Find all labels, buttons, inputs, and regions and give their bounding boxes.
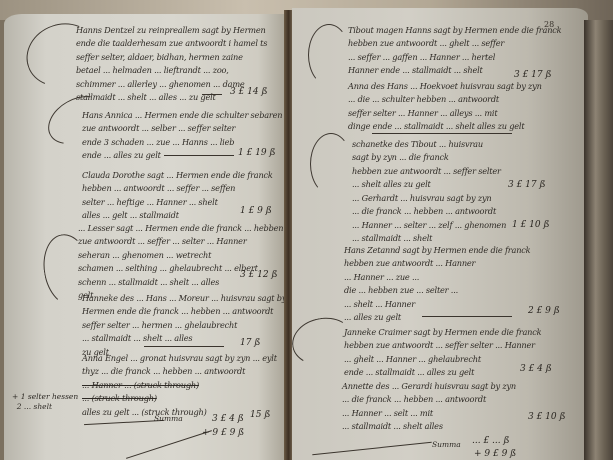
entry-line: ... shelt ... Hanner <box>344 298 530 311</box>
entry-line: ... alles zu gelt <box>344 311 530 324</box>
ledger-entry: Annette des ... Gerardi huisvrau sagt by… <box>342 380 516 434</box>
ledger-entry: Anna Engel ... gronat huisvrau sagt by z… <box>82 352 277 419</box>
ledger-entry: ... Gerhardt ... huisvrau sagt by zyn ..… <box>352 192 506 246</box>
ledger-entry: schanetke des Tibout ... huisvrau sagt b… <box>352 138 501 192</box>
entry-line: ... seffer ... gaffen ... Hanner ... her… <box>348 51 561 64</box>
entry-line: schanetke des Tibout ... huisvrau <box>352 138 501 151</box>
entry-line: hebben zue antwoordt ... seffer selter <box>352 165 501 178</box>
entry-line: Anna Engel ... gronat huisvrau sagt by z… <box>82 352 277 365</box>
entry-sum: 1 £ 9 ß <box>240 206 272 216</box>
entry-line: Tibout magen Hanns sagt by Hermen ende d… <box>348 24 561 37</box>
entry-line: hebben zue antwoordt ... ghelt ... seffe… <box>348 37 561 50</box>
entry-line: ... die franck ... hebben ... antwoordt <box>342 393 516 406</box>
summa-label: Summa <box>154 414 183 424</box>
entry-rule <box>144 346 224 347</box>
summa-value: 3 £ 4 ß <box>212 414 244 424</box>
initial-flourish <box>310 133 352 195</box>
entry-sum: 1 £ 10 ß <box>512 220 550 230</box>
entry-line: ende ... stallmaidt ... alles zu gelt <box>344 366 541 379</box>
summa-value: + 9 £ 9 ß <box>474 449 516 459</box>
entry-sum: 3 £ 10 ß <box>528 412 566 422</box>
ledger-entry: ... Lesser sagt ... Hermen ende die fran… <box>78 222 283 302</box>
entry-sum: 1 £ 19 ß <box>238 148 276 158</box>
entry-line: ... shelt alles zu gelt <box>352 178 501 191</box>
initial-flourish <box>308 24 350 86</box>
entry-line: Annette des ... Gerardi huisvrau sagt by… <box>342 380 516 393</box>
entry-line: hebben zue antwoordt ... seffer selter .… <box>344 339 541 352</box>
stacked-page-edges <box>584 20 613 460</box>
entry-line: ... ghelt ... Hanner ... ghelaubrecht <box>344 353 541 366</box>
ledger-entry: Hans Zetannd sagt by Hermen ende die fra… <box>344 244 530 324</box>
entry-line: Janneke Craimer sagt by Hermen ende die … <box>344 326 541 339</box>
ledger-entry: Janneke Craimer sagt by Hermen ende die … <box>344 326 541 380</box>
entry-sum: 17 ß <box>240 338 260 348</box>
summa-flourish <box>312 442 431 456</box>
entry-line: seffer selter, aldaer, bidhan, hermen za… <box>76 51 267 64</box>
entry-sum: 15 ß <box>250 410 270 420</box>
entry-rule <box>372 133 512 134</box>
margin-note-line: 2 ... shelt <box>17 402 52 411</box>
entry-line-struck: ... Hanner ... (struck through) <box>82 379 277 392</box>
entry-line: hebben zue antwoordt ... Hanner <box>344 257 530 270</box>
entry-line: Anna des Hans ... Hoekvoet huisvrau sagt… <box>348 80 542 93</box>
entry-line: seffer selter ... hermen ... ghelaubrech… <box>82 319 286 332</box>
entry-line: zue antwoordt ... selber ... seffer selt… <box>82 122 282 135</box>
summa-label: Summa <box>432 440 461 450</box>
entry-rule <box>422 316 512 317</box>
entry-line: ... Hanner ... selter ... zelf ... gheno… <box>352 219 506 232</box>
entry-sum: 3 £ 12 ß <box>240 270 278 280</box>
entry-sum: 3 £ 17 ß <box>514 70 552 80</box>
entry-line: Hermen ende die franck ... hebben ... an… <box>82 305 286 318</box>
entry-line: betael ... helmaden ... lieftrandt ... z… <box>76 64 267 77</box>
entry-line: die ... hebben zue ... selter ... <box>344 284 530 297</box>
right-page: 28 Tibout magen Hanns sagt by Hermen end… <box>292 8 588 460</box>
entry-sum: 3 £ 17 ß <box>508 180 546 190</box>
margin-note: + 1 selter hessen 2 ... shelt <box>12 392 78 412</box>
entry-line: thyz ... die franck ... hebben ... antwo… <box>82 365 277 378</box>
entry-line: seheran ... ghenomen ... wetrecht <box>78 249 283 262</box>
entry-line-struck: ... (struck through) <box>82 392 277 405</box>
entry-line: zue antwoordt ... seffer ... selter ... … <box>78 235 283 248</box>
entry-line: ... Hanner ... selt ... mit <box>342 407 516 420</box>
entry-rule <box>164 155 234 156</box>
entry-line: Hanneke des ... Hans ... Moreur ... huis… <box>82 292 286 305</box>
margin-note-line: 1 selter hessen <box>21 392 79 401</box>
entry-line: ... Lesser sagt ... Hermen ende die fran… <box>78 222 283 235</box>
summa-value: + 9 £ 9 ß <box>202 428 244 438</box>
entry-line: dinge ende ... stallmaidt ... shelt alle… <box>348 120 542 133</box>
summa-value: ... £ ... ß <box>472 436 510 446</box>
entry-line: sagt by zyn ... die franck <box>352 151 501 164</box>
entry-line: ... Hanner ... zue ... <box>344 271 530 284</box>
entry-line: Hans Annica ... Hermen ende die schulter… <box>82 109 282 122</box>
entry-line: seffer selter ... Hanner ... alleys ... … <box>348 107 542 120</box>
entry-line: ... die ... schulter hebben ... antwoord… <box>348 93 542 106</box>
ledger-entry: Anna des Hans ... Hoekvoet huisvrau sagt… <box>348 80 542 134</box>
entry-line: ... die franck ... hebben ... antwoordt <box>352 205 506 218</box>
left-page: Hanns Dentzel zu reinpreallem sagt by He… <box>4 14 286 460</box>
entry-line: Hanns Dentzel zu reinpreallem sagt by He… <box>76 24 267 37</box>
entry-line: hebben ... antwoordt ... seffer ... seff… <box>82 182 273 195</box>
entry-sum: 3 £ 14 ß <box>230 87 268 97</box>
ledger-entry: Hanneke des ... Hans ... Moreur ... huis… <box>82 292 286 359</box>
entry-line: ende die taalderhesam zue antwoordt i ha… <box>76 37 267 50</box>
entry-line: Clauda Dorothe sagt ... Hermen ende die … <box>82 169 273 182</box>
entry-rule <box>202 94 222 95</box>
margin-note-prefix: + <box>12 392 18 401</box>
entry-line: ... Gerhardt ... huisvrau sagt by zyn <box>352 192 506 205</box>
entry-line: Hans Zetannd sagt by Hermen ende die fra… <box>344 244 530 257</box>
entry-sum: 2 £ 9 ß <box>528 306 560 316</box>
entry-line: ... stallmaidt ... shelt alles <box>342 420 516 433</box>
entry-sum: 3 £ 4 ß <box>520 364 552 374</box>
summa-flourish <box>84 420 164 425</box>
summa-flourish <box>126 430 212 459</box>
